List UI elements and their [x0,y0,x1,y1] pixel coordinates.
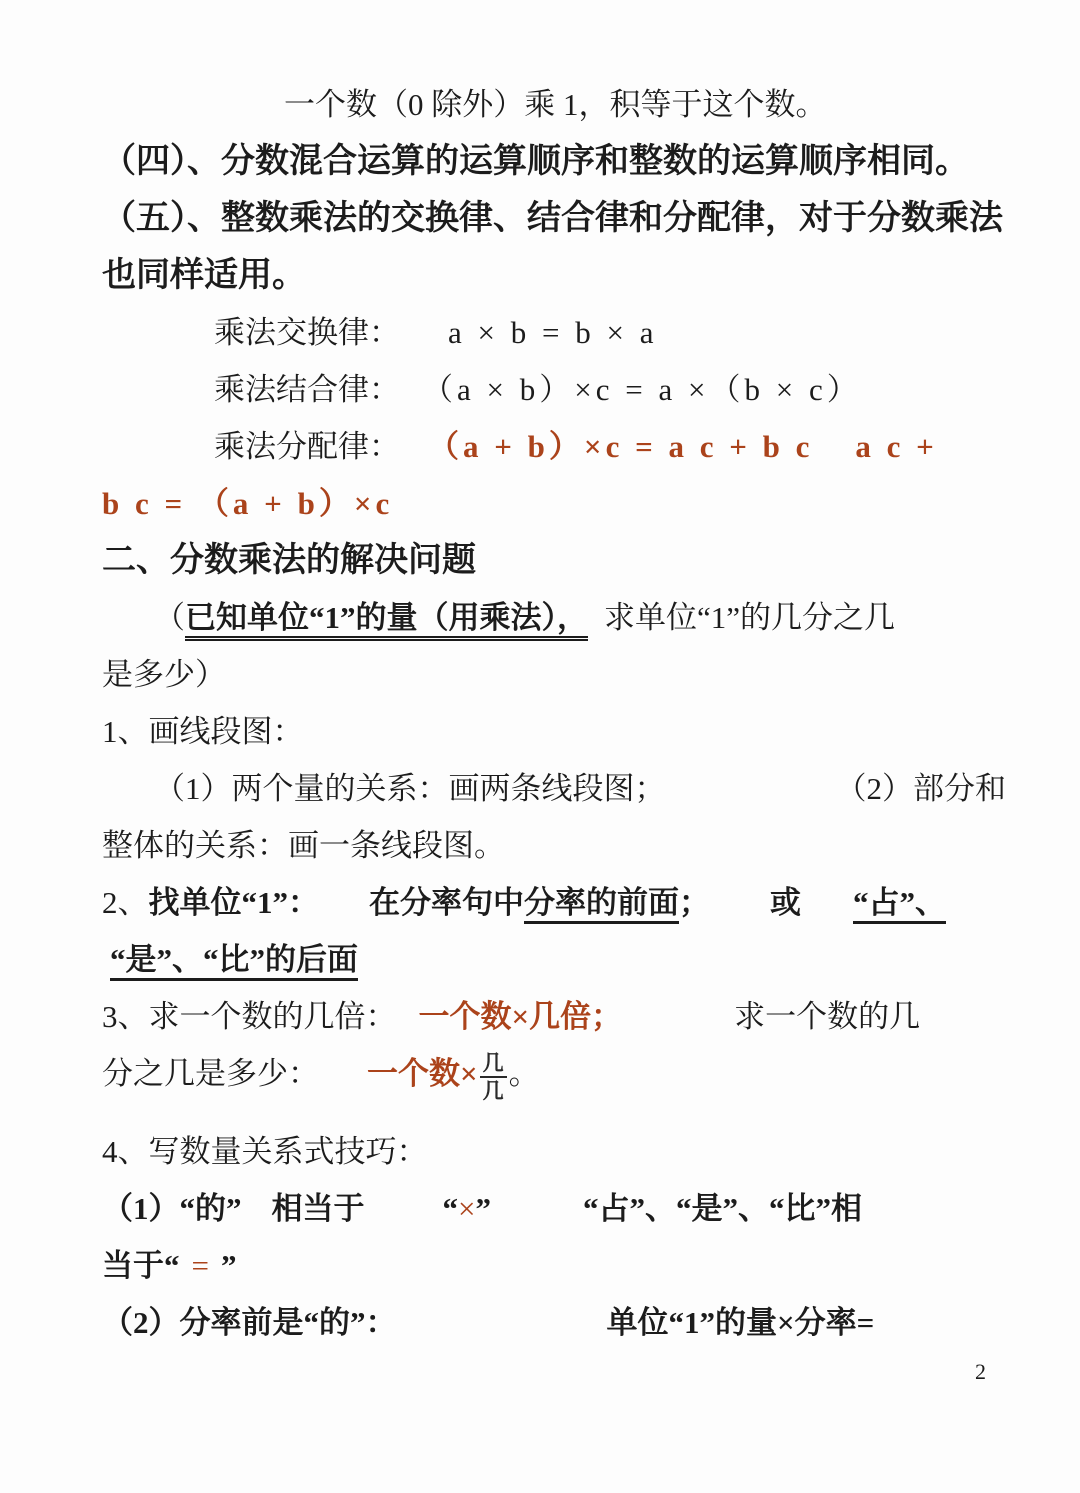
line-associative-law: 乘法结合律：（a × b）×c = a ×（b × c） [214,361,988,418]
item-4-sub2-label: （2）分率前是“的”： [102,1305,397,1340]
line-item-1-sub-cont: 整体的关系：画一条线段图。 [102,817,988,874]
line-item-3-multiples-cont: 分之几是多少：一个数×几几。 [102,1045,988,1103]
line-known-unit-quantity-cont: 是多少） [102,646,988,703]
item-4-sub1-cont-prefix: 当于“ [102,1248,180,1283]
heading-section-two: 二、分数乘法的解决问题 [102,532,988,589]
heading-rule-five: （五）、整数乘法的交换律、结合律和分配律，对于分数乘法 [102,190,988,247]
heading-rule-five-text: （五）、整数乘法的交换律、结合律和分配律，对于分数乘法 [102,200,1003,237]
item-1-sub-b-cont: 整体的关系：画一条线段图。 [102,828,505,863]
item-4-sub1-open-quote: “ [443,1191,459,1226]
page-number-text: 2 [975,1359,986,1384]
heading-rule-four-text: （四）、分数混合运算的运算顺序和整数的运算顺序相同。 [102,143,969,180]
item-2-cont-underlined: “是”、“比”的后面 [110,942,358,981]
item-2-zhan-underlined: “占”、 [853,885,946,924]
item-2-rule: 在分率句中 [369,885,524,920]
item-2-semicolon: ； [679,885,710,920]
item-2-or: 或 [770,885,801,920]
line-distributive-law: 乘法分配律：（a + b）×c = a c + b ca c + [214,418,988,475]
item-3-cont-formula: 一个数× [367,1056,478,1091]
line-multiply-by-one: 一个数（0 除外）乘 1，积等于这个数。 [284,76,988,133]
heading-rule-four: （四）、分数混合运算的运算顺序和整数的运算顺序相同。 [102,133,988,190]
item-2-label: 找单位“1”： [149,885,320,920]
line-item-3-multiples: 3、求一个数的几倍：一个数×几倍；求一个数的几 [102,988,988,1045]
item-4-sub2-formula: 单位“1”的量×分率= [607,1305,875,1340]
distributive-law-formula-2: a c + [855,429,937,464]
item-1-text: 1、画线段图： [102,714,304,749]
item-2-number: 2、 [102,885,149,920]
commutative-law-label: 乘法交换律： [214,315,400,350]
item-4-sub1-equals-to: 相当于 [272,1191,365,1226]
line-item-4-sub-1-cont: 当于“=” [102,1237,988,1294]
known-unit-underlined: 已知单位“1”的量（用乘法）， [185,600,588,641]
heading-section-two-text: 二、分数乘法的解决问题 [102,542,476,579]
line-commutative-law: 乘法交换律：a × b = b × a [214,304,988,361]
item-3-period: 。 [509,1056,540,1091]
item-4-sub1-cont-close-quote: ” [221,1248,237,1283]
distributive-law-label: 乘法分配律： [214,429,400,464]
item-4-sub1-times-sign: × [458,1191,475,1226]
heading-rule-five-cont-text: 也同样适用。 [102,257,306,294]
line-distributive-law-cont: b c = （a + b）×c [102,475,988,532]
line-item-2-find-unit-cont: “是”、“比”的后面 [110,931,988,988]
fraction-denominator: 几 [480,1078,507,1103]
line-item-4-relation-tips: 4、写数量关系式技巧： [102,1123,988,1180]
heading-rule-five-cont: 也同样适用。 [102,247,988,304]
associative-law-formula: （a × b）×c = a ×（b × c） [422,372,862,407]
item-4-sub1-equals-sign: = [192,1248,209,1283]
item-3-formula: 一个数×几倍； [419,999,623,1034]
item-4-sub1-zhan-shi-bi: “占”、“是”、“比”相 [583,1191,862,1226]
item-4-text: 4、写数量关系式技巧： [102,1134,428,1169]
item-3-rest: 求一个数的几 [734,999,920,1034]
distributive-law-formula: （a + b）×c = a c + b c [428,429,813,464]
line-item-1-sub: （1）两个量的关系：画两条线段图；（2）部分和 [154,760,988,817]
line-item-4-sub-2: （2）分率前是“的”：单位“1”的量×分率= [102,1294,988,1351]
associative-law-label: 乘法结合律： [214,372,400,407]
distributive-law-cont-text: b c = （a + b）×c [102,486,393,521]
fraction-numerator: 几 [480,1051,507,1078]
page-number: 2 [102,1357,988,1387]
line-multiply-by-one-text: 一个数（0 除外）乘 1，积等于这个数。 [284,87,827,122]
line-item-1-draw-diagram: 1、画线段图： [102,703,988,760]
line-known-unit-quantity: （已知单位“1”的量（用乘法），求单位“1”的几分之几 [154,589,988,646]
fraction-ji-over-ji: 几几 [480,1051,507,1103]
known-unit-rest: 求单位“1”的几分之几 [604,600,895,635]
line-item-4-sub-1: （1）“的”相当于“×”“占”、“是”、“比”相 [102,1180,988,1237]
item-1-sub-b: （2）部分和 [836,771,1007,806]
item-1-sub-a: （1）两个量的关系：画两条线段图； [154,771,666,806]
item-4-sub1-de: （1）“的” [102,1191,242,1226]
item-3-cont-label: 分之几是多少： [102,1056,319,1091]
document-page: 一个数（0 除外）乘 1，积等于这个数。 （四）、分数混合运算的运算顺序和整数的… [0,0,1080,1493]
item-2-rule-underlined: 分率的前面 [524,885,679,924]
line-item-2-find-unit: 2、找单位“1”：在分率句中分率的前面；或“占”、 [102,874,988,931]
known-unit-cont-text: 是多少） [102,657,226,692]
open-paren: （ [154,600,185,635]
item-3-label: 3、求一个数的几倍： [102,999,397,1034]
item-4-sub1-close-quote: ” [475,1191,491,1226]
commutative-law-formula: a × b = b × a [448,315,657,350]
